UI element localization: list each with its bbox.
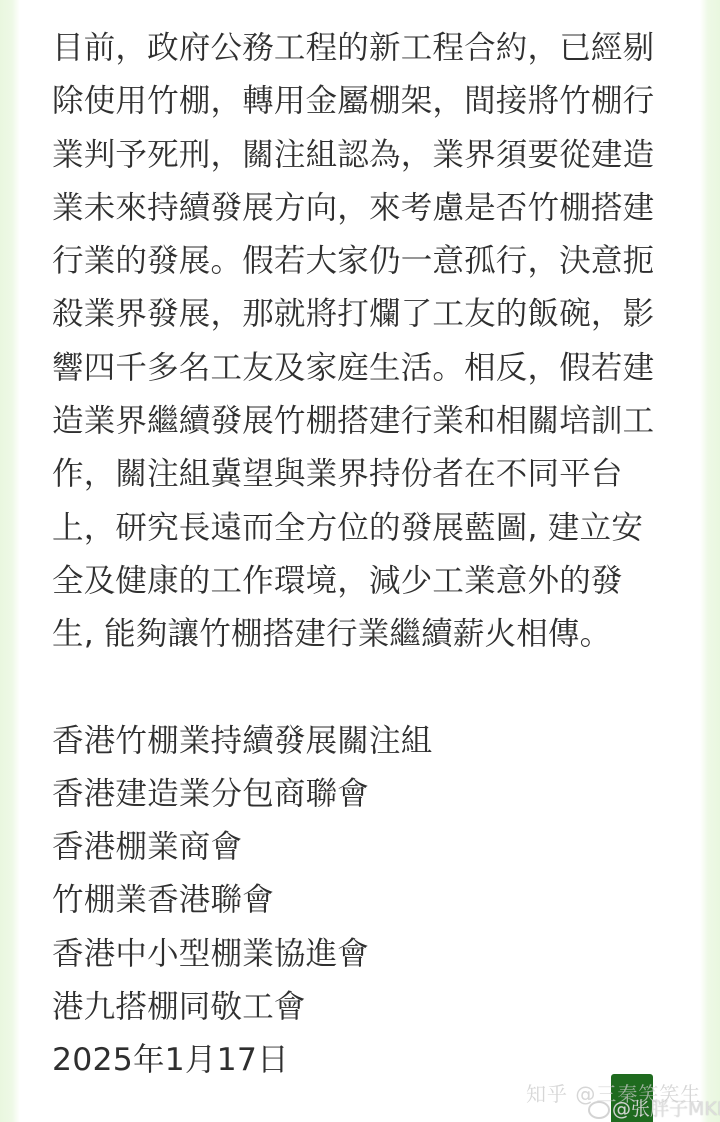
paragraph-line: 業未來持續發展方向，來考慮是否竹棚搭建	[52, 182, 672, 235]
right-green-border	[700, 0, 720, 1122]
signatory-name: 香港中小型棚業協進會	[52, 928, 672, 981]
paragraph-line: 目前，政府公務工程的新工程合約，已經剔	[52, 22, 672, 75]
paragraph-line: 除使用竹棚，轉用金屬棚架，間接將竹棚行	[52, 75, 672, 128]
signatory-name: 竹棚業香港聯會	[52, 874, 672, 927]
paragraph-line: 生, 能夠讓竹棚搭建行業繼續薪火相傳。	[52, 608, 672, 661]
paragraph-line: 殺業界發展，那就將打爛了工友的飯碗，影	[52, 288, 672, 341]
watermark: 知乎 @三秦笑笑生 @张胖子MKII	[526, 1074, 716, 1122]
signatory-name: 港九搭棚同敬工會	[52, 981, 672, 1034]
paragraph-line: 造業界繼續發展竹棚搭建行業和相關培訓工	[52, 395, 672, 448]
signatory-list: 香港竹棚業持續發展關注組 香港建造業分包商聯會 香港棚業商會 竹棚業香港聯會 香…	[52, 715, 672, 1088]
statement-paragraph: 目前，政府公務工程的新工程合約，已經剔 除使用竹棚，轉用金屬棚架，間接將竹棚行 …	[52, 22, 672, 662]
watermark-secondary: @张胖子MKII	[588, 1094, 720, 1121]
paragraph-line: 響四千多名工友及家庭生活。相反，假若建	[52, 342, 672, 395]
paragraph-line: 作，關注組冀望與業界持份者在不同平台	[52, 448, 672, 501]
signatory-name: 香港棚業商會	[52, 821, 672, 874]
paragraph-line: 上，研究長遠而全方位的發展藍圖, 建立安	[52, 502, 672, 555]
paragraph-line: 行業的發展。假若大家仍一意孤行，決意扼	[52, 235, 672, 288]
signatory-name: 香港竹棚業持續發展關注組	[52, 715, 672, 768]
left-green-border	[0, 0, 20, 1122]
paragraph-line: 業判予死刑，關注組認為，業界須要從建造	[52, 129, 672, 182]
signatory-name: 香港建造業分包商聯會	[52, 768, 672, 821]
weibo-icon	[588, 1101, 610, 1119]
paragraph-line: 全及健康的工作環境，減少工業意外的發	[52, 555, 672, 608]
watermark-secondary-text: @张胖子MKII	[612, 1098, 720, 1120]
statement-content: 目前，政府公務工程的新工程合約，已經剔 除使用竹棚，轉用金屬棚架，間接將竹棚行 …	[52, 22, 672, 1088]
